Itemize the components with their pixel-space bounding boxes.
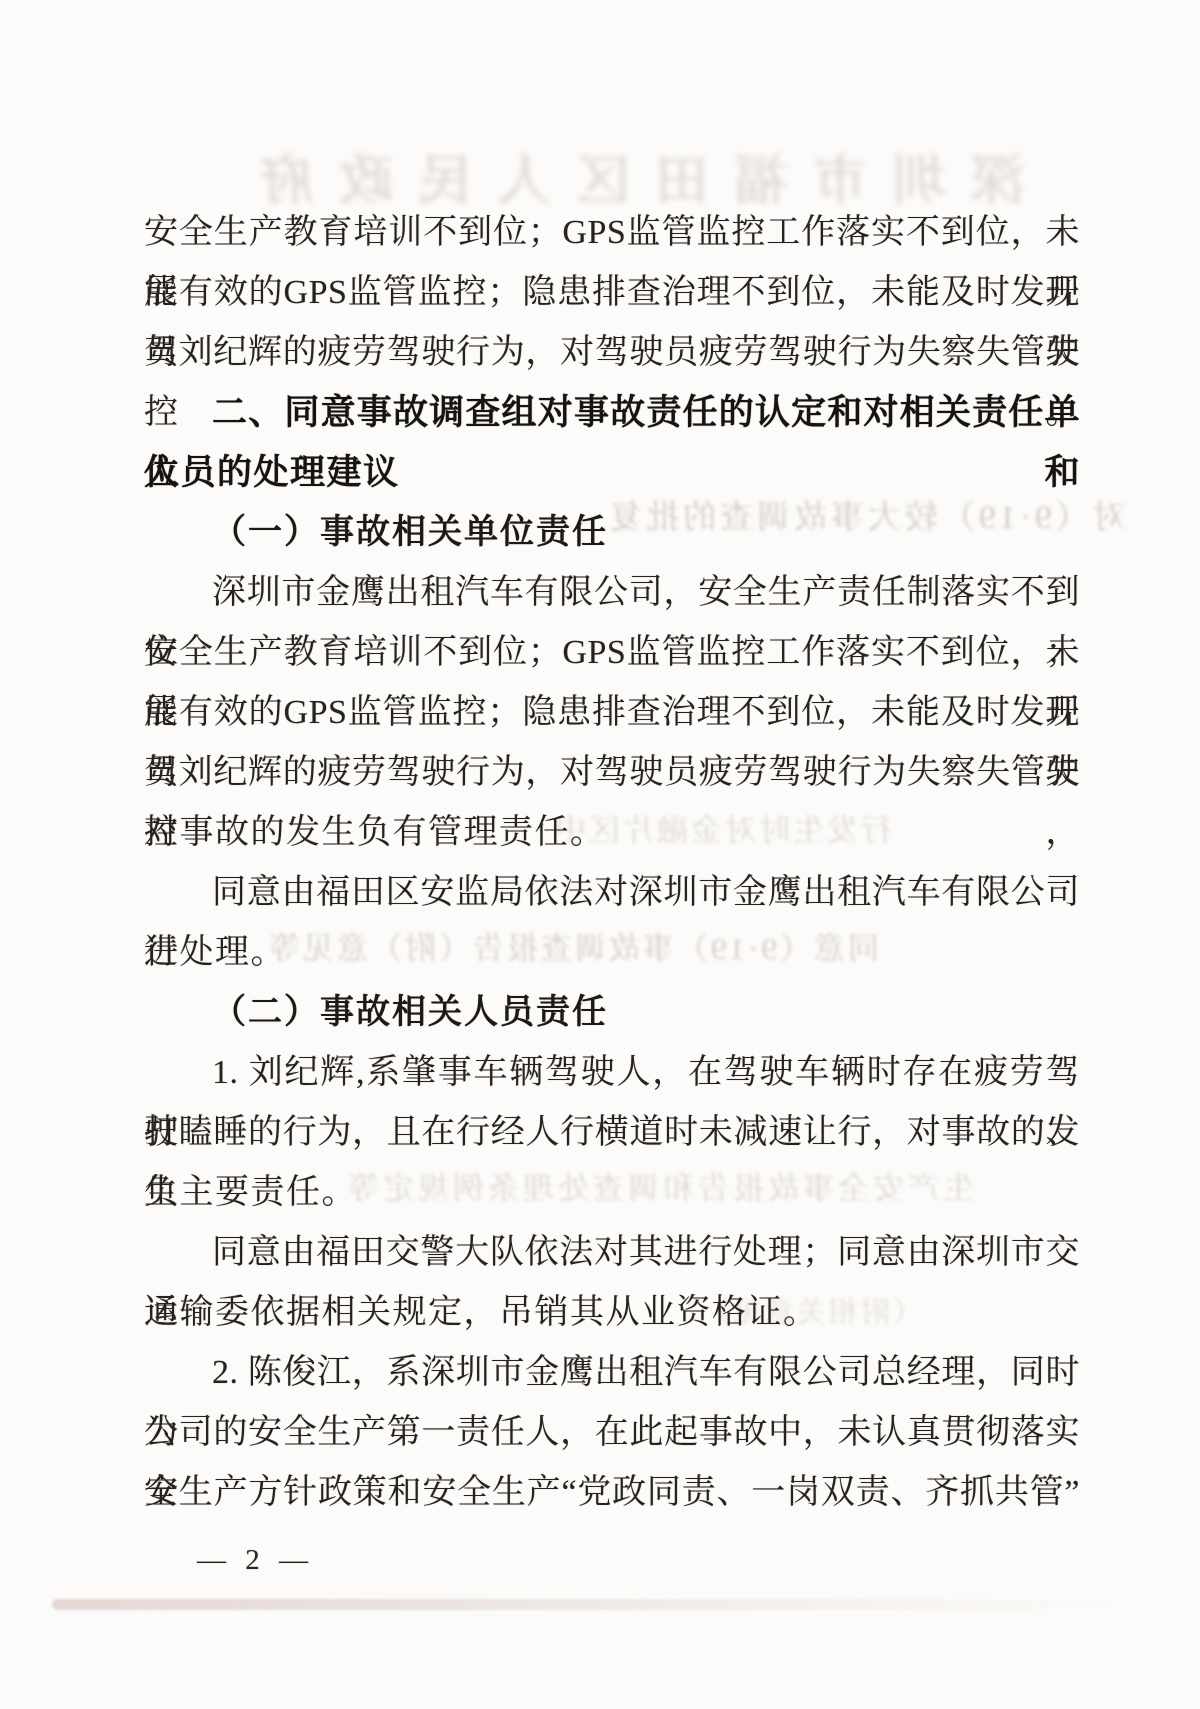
text-line: 员刘纪辉的疲劳驾驶行为，对驾驶员疲劳驾驶行为失察失管失控， (144, 743, 1080, 803)
text-line: 1. 刘纪辉,系肇事车辆驾驶人，在驾驶车辆时存在疲劳驾驶、 (144, 1043, 1080, 1103)
text-line: 深圳市金鹰出租汽车有限公司，安全生产责任制落实不到位； (144, 563, 1080, 623)
text-line: 全生产方针政策和安全生产“党政同责、一岗双责、齐抓共管” (144, 1463, 1080, 1523)
page-number: — 2 — (197, 1543, 310, 1577)
text-line: 员刘纪辉的疲劳驾驶行为，对驾驶员疲劳驾驶行为失察失管失控。 (144, 323, 1080, 383)
text-line: 展有效的GPS监管监控；隐患排查治理不到位，未能及时发现驾驶 (144, 683, 1080, 743)
text-line: 同意由福田交警大队依法对其进行处理；同意由深圳市交通 (144, 1223, 1080, 1283)
text-line: （一）事故相关单位责任 (144, 503, 1080, 563)
text-line: 行处理。 (144, 923, 1080, 983)
text-line: 展有效的GPS监管监控；隐患排查治理不到位，未能及时发现驾驶 (144, 263, 1080, 323)
text-line: 同意由福田区安监局依法对深圳市金鹰出租汽车有限公司进 (144, 863, 1080, 923)
text-line: 打瞌睡的行为，且在行经人行横道时未减速让行，对事故的发生 (144, 1103, 1080, 1163)
text-line: 负主要责任。 (144, 1163, 1080, 1223)
text-line: 公司的安全生产第一责任人，在此起事故中，未认真贯彻落实安 (144, 1403, 1080, 1463)
text-line: 运输委依据相关规定，吊销其从业资格证。 (144, 1283, 1080, 1343)
text-line: 安全生产教育培训不到位；GPS监管监控工作落实不到位，未能开 (144, 623, 1080, 683)
text-line: 二、同意事故调查组对事故责任的认定和对相关责任单位和 (144, 383, 1080, 443)
text-line: （二）事故相关人员责任 (144, 983, 1080, 1043)
text-line: 2. 陈俊江，系深圳市金鹰出租汽车有限公司总经理，同时为 (144, 1343, 1080, 1403)
scanned-document-page: 深圳市福田区人民政府 对（9·19）较大事故调查的批复 行发生时对金融片区中 同… (0, 0, 1200, 1709)
text-line: 安全生产教育培训不到位；GPS监管监控工作落实不到位，未能开 (144, 203, 1080, 263)
body-text: 安全生产教育培训不到位；GPS监管监控工作落实不到位，未能开展有效的GPS监管监… (144, 203, 1080, 1523)
scan-streak-artifact (52, 1599, 1127, 1610)
